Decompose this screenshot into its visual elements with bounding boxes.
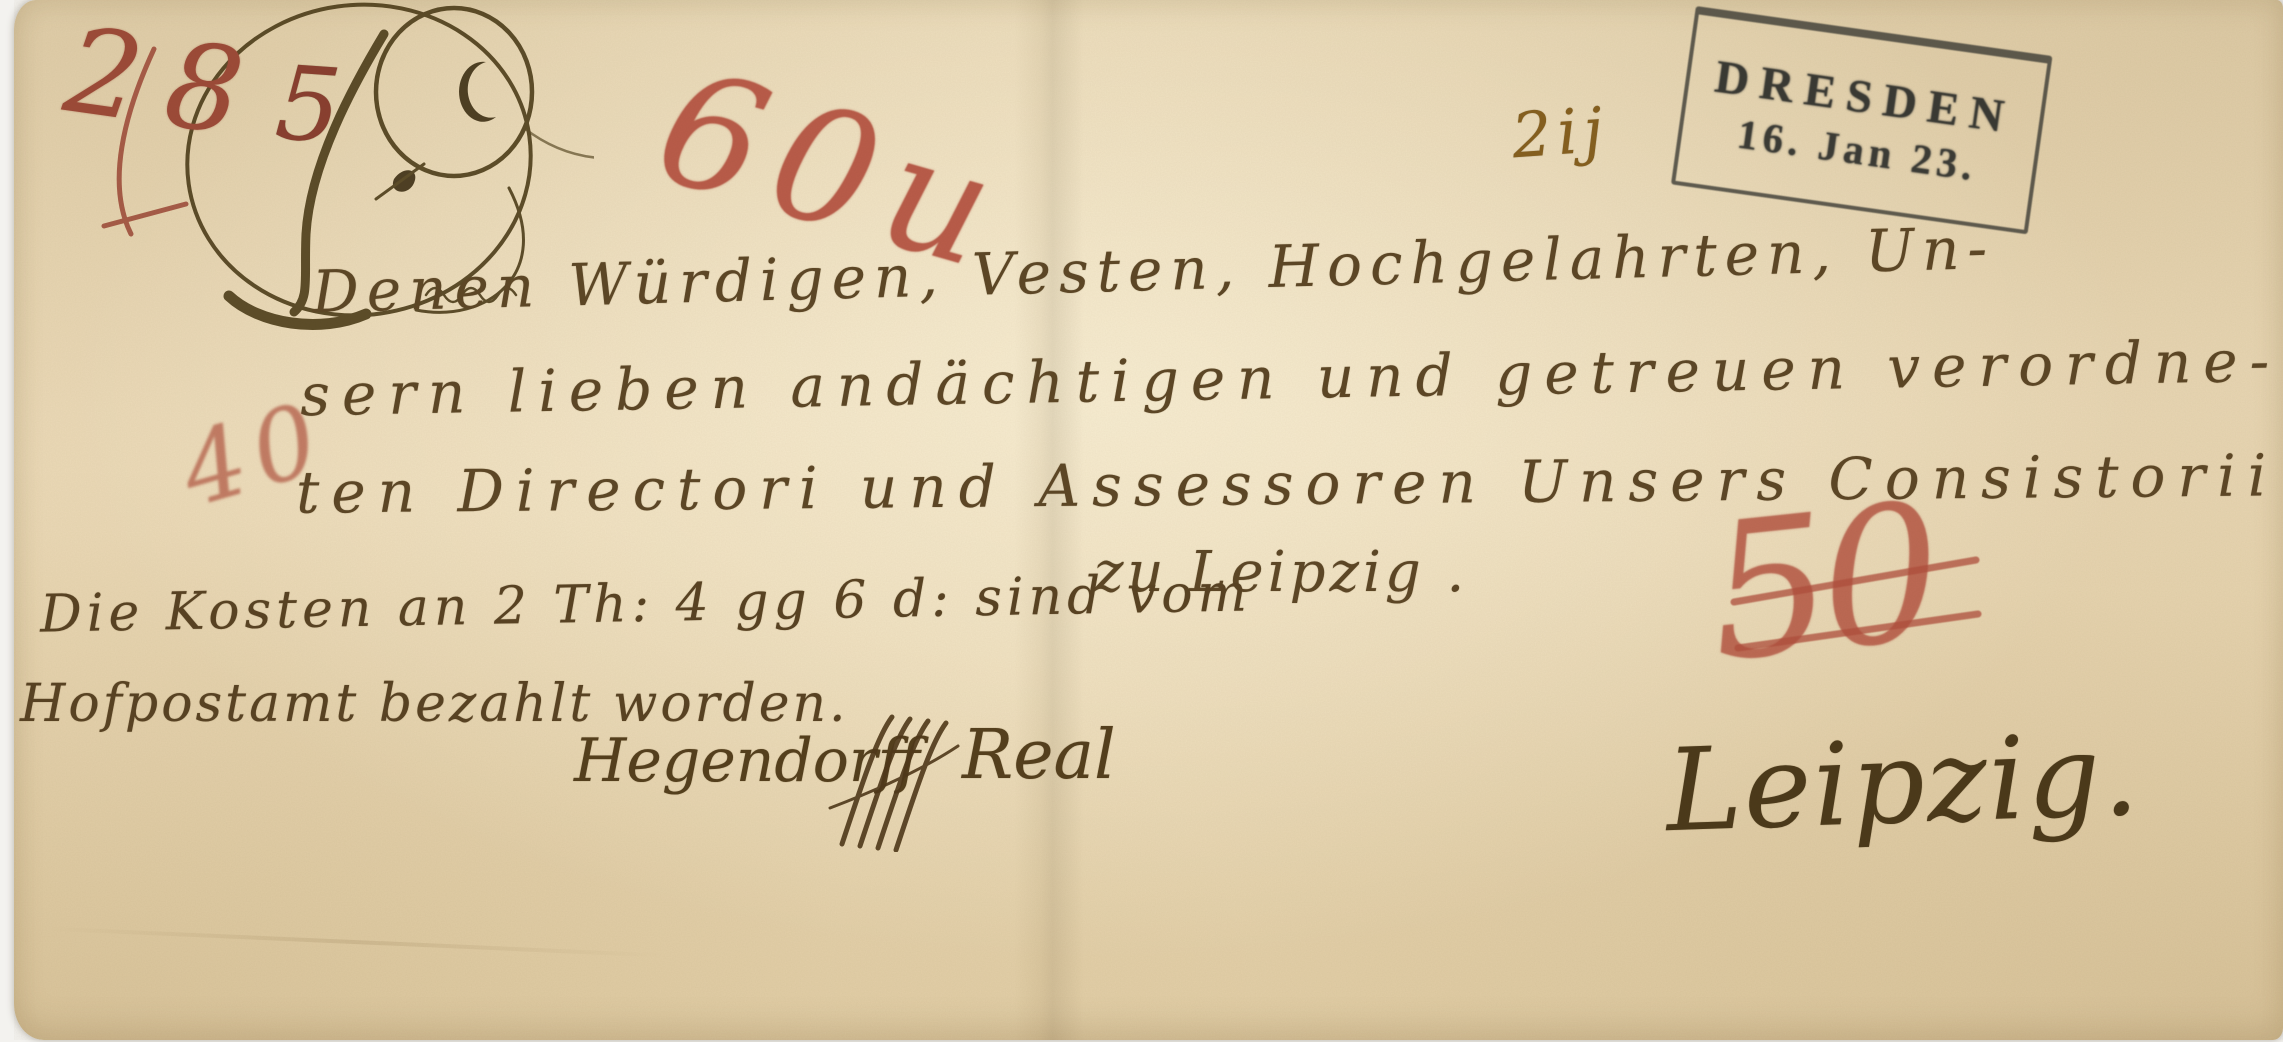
strike-through-lines-icon	[1574, 520, 2014, 720]
clerk-marking: 2ij	[1510, 93, 1611, 173]
notation-line-2: Hofpostamt bezahlt worden.	[20, 674, 849, 734]
destination-leipzig: Leipzig.	[1664, 708, 2143, 857]
scanned-letter-cover: 28 5 60u 2ij DRESDEN 16. Jan 23. Denen W…	[0, 0, 2283, 1042]
rate-marking-28: 28	[57, 1, 276, 166]
letter-paper: 28 5 60u 2ij DRESDEN 16. Jan 23. Denen W…	[14, 0, 2283, 1040]
address-line-2: sern lieben andächtigen und getreuen ver…	[300, 327, 2282, 430]
address-line-3: ten Directori und Assessoren Unsers Cons…	[296, 441, 2279, 526]
signature-second: Real	[962, 716, 1116, 795]
postmark-box: DRESDEN 16. Jan 23.	[1671, 6, 2053, 234]
signature-flourish-icon	[822, 712, 962, 852]
notation-line-1: Die Kosten an 2 Th: 4 gg 6 d: sind vom	[40, 563, 1253, 644]
rate-marking-5: 5	[272, 44, 345, 167]
paper-crease-horizontal	[44, 926, 664, 957]
